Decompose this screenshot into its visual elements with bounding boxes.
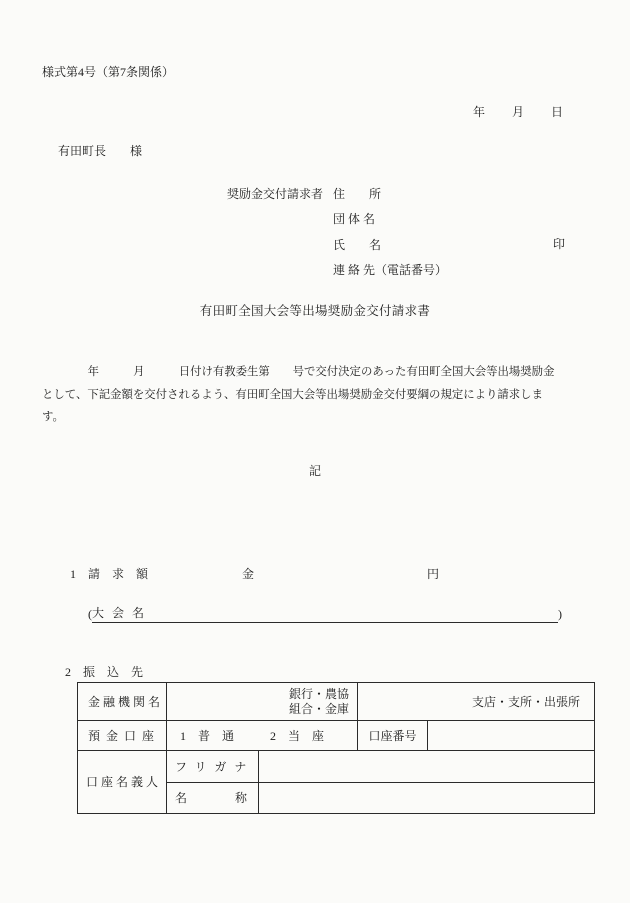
claim-amount-row: 1 請 求 額 金 円: [0, 566, 630, 584]
table-row: 預金口座 1 普 通 2 当 座 口座番号: [78, 721, 595, 751]
name-field-label: 氏 名: [333, 233, 447, 258]
event-name-underline-field: 大会名: [92, 605, 558, 623]
account-holder-label: 口座名義人: [78, 751, 167, 814]
seal-mark: 印: [553, 236, 565, 252]
document-title: 有田町全国大会等出場奨励金交付請求書: [0, 303, 630, 319]
amount-prefix: 金: [242, 566, 254, 582]
organization-field-label: 団 体 名: [333, 207, 447, 232]
table-row: 口座名義人 フリガナ: [78, 751, 595, 783]
account-number-label: 口座番号: [358, 721, 428, 751]
branch-type-options: 支店・支所・出張所: [358, 683, 595, 721]
furigana-label: フリガナ: [167, 751, 259, 783]
transfer-table: 金融機関名 銀行・農協 組合・金庫 支店・支所・出張所 預金口座 1 普 通 2…: [77, 682, 595, 814]
date-line: 年 月 日: [473, 104, 564, 120]
note-mark: 記: [0, 463, 630, 479]
claim-amount-label: 1 請 求 額: [70, 566, 148, 582]
addressee-line: 有田町長 様: [58, 143, 142, 159]
event-name-close-paren: ): [558, 606, 562, 623]
table-row: 金融機関名 銀行・農協 組合・金庫 支店・支所・出張所: [78, 683, 595, 721]
account-type-options: 1 普 通 2 当 座: [167, 721, 358, 751]
document-page: 様式第4号（第7条関係） 年 月 日 有田町長 様 奨励金交付請求者 住 所 団…: [0, 0, 630, 903]
requester-label: 奨励金交付請求者: [227, 182, 323, 207]
furigana-blank-cell: [259, 751, 595, 783]
amount-suffix: 円: [427, 566, 439, 582]
holder-name-label: 名 称: [167, 783, 259, 814]
requester-block: 奨励金交付請求者 住 所 団 体 名 氏 名 連 絡 先（電話番号）: [227, 182, 447, 283]
deposit-account-label: 預金口座: [78, 721, 167, 751]
event-name-row: (大会名): [88, 605, 562, 625]
form-number: 様式第4号（第7条関係）: [42, 64, 174, 80]
holder-name-blank-cell: [259, 783, 595, 814]
transfer-section-heading: 2 振 込 先: [65, 664, 143, 680]
financial-institution-label: 金融機関名: [78, 683, 167, 721]
address-field-label: 住 所: [333, 182, 447, 207]
account-number-blank-cell: [428, 721, 595, 751]
contact-field-label: 連 絡 先（電話番号）: [333, 258, 447, 283]
body-paragraph: 年 月 日付け有教委生第 号で交付決定のあった有田町全国大会等出場奨励金 として…: [42, 361, 562, 429]
bank-type-options: 銀行・農協 組合・金庫: [167, 683, 358, 721]
